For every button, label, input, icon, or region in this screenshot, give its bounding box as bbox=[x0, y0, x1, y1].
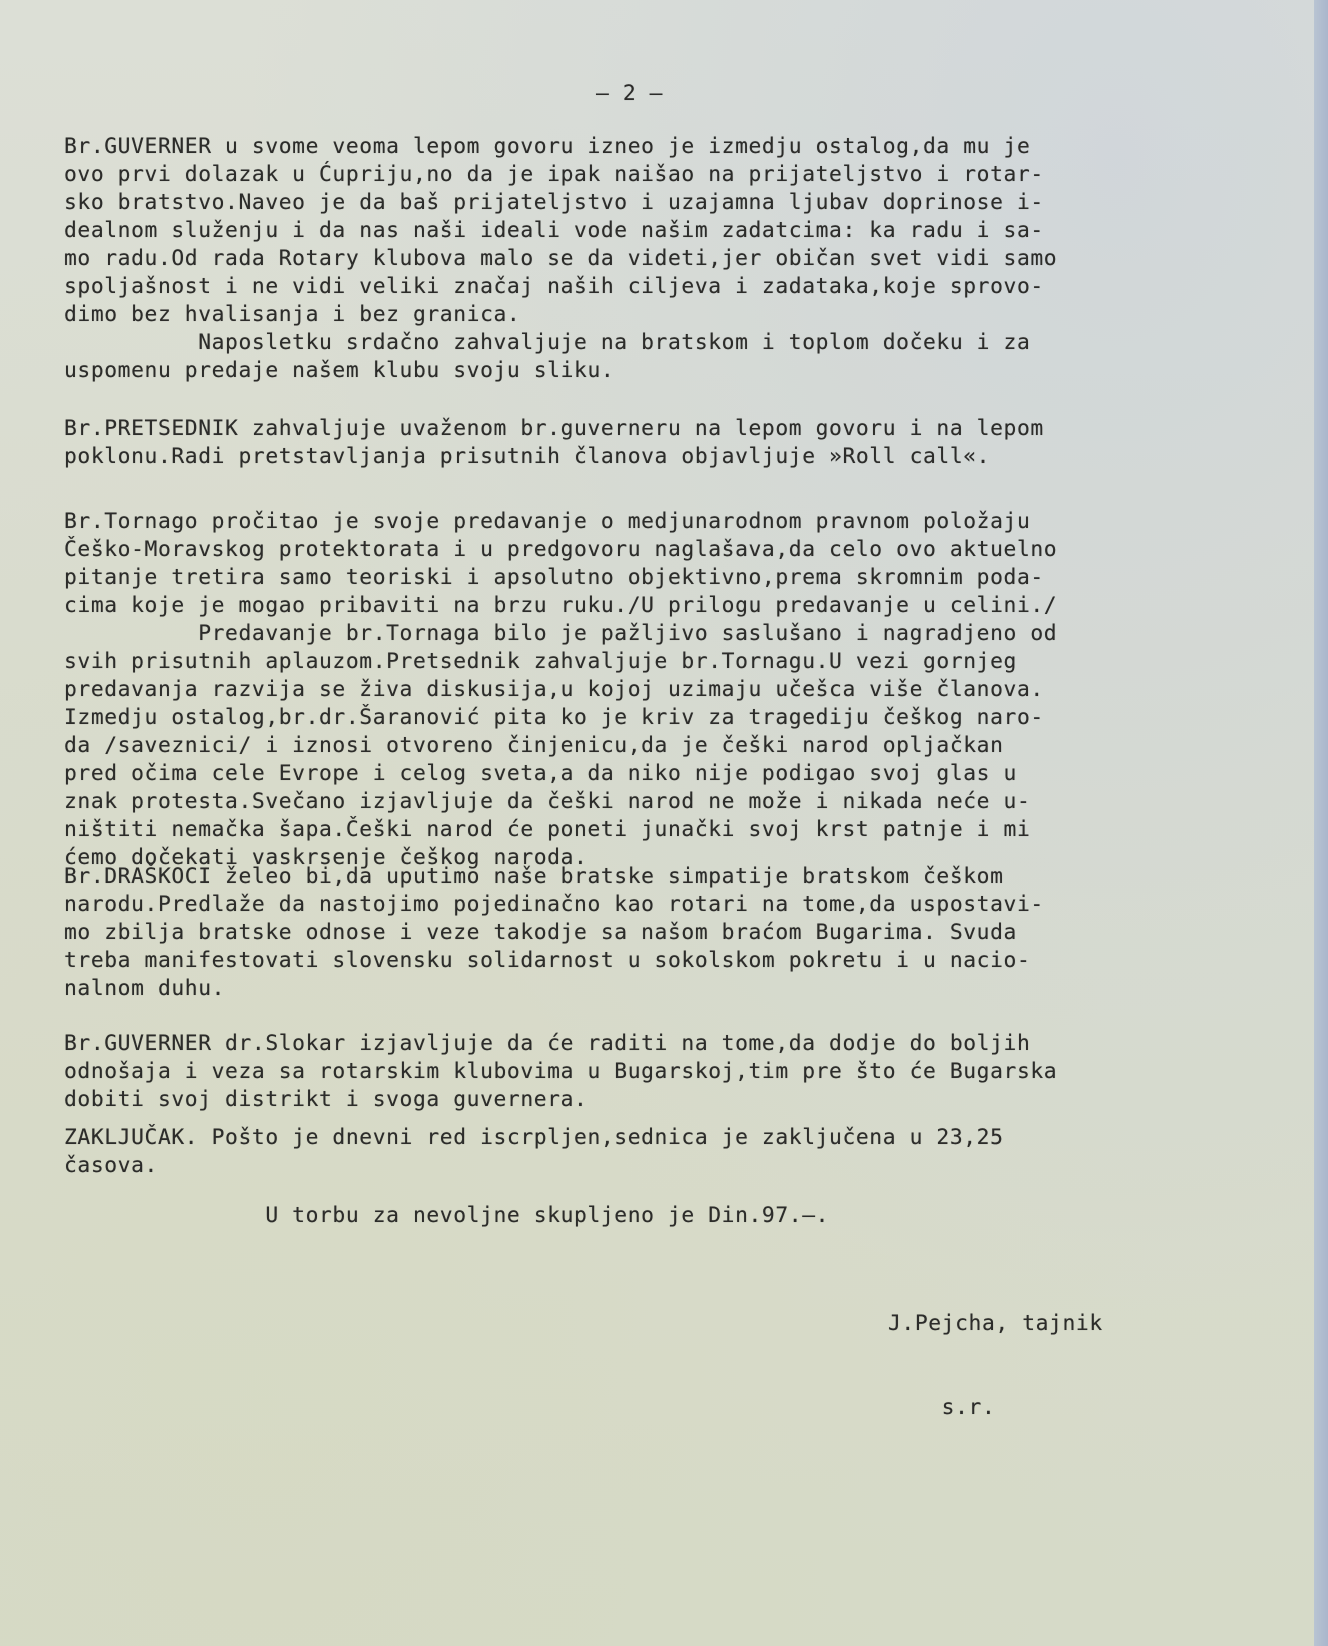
text-line: svih prisutnih aplauzom.Pretsednik zahva… bbox=[64, 648, 1057, 676]
text-line: časova. bbox=[64, 1152, 1004, 1180]
text-line: Češko-Moravskog protektorata i u predgov… bbox=[64, 536, 1057, 564]
text-line: narodu.Predlaže da nastojimo pojedinačno… bbox=[64, 891, 1044, 919]
text-line: ništiti nemačka šapa.Češki narod će pone… bbox=[64, 816, 1057, 844]
signature-name: J.Pejcha, tajnik bbox=[888, 1310, 1103, 1338]
signature-block: J.Pejcha, tajnik s.r. bbox=[888, 1254, 1103, 1478]
text-line: odnošaja i veza sa rotarskim klubovima u… bbox=[64, 1058, 1057, 1086]
text-line: ovo prvi dolazak u Ćupriju,no da je ipak… bbox=[64, 161, 1057, 189]
text-line: predavanja razvija se živa diskusija,u k… bbox=[64, 676, 1057, 704]
paragraph-president-thanks: Br.PRETSEDNIK zahvaljuje uvaženom br.guv… bbox=[64, 415, 1044, 471]
text-line: cima koje je mogao pribaviti na brzu ruk… bbox=[64, 592, 1057, 620]
text-line: sko bratstvo.Naveo je da baš prijateljst… bbox=[64, 189, 1057, 217]
text-line: mo zbilja bratske odnose i veze takodje … bbox=[64, 919, 1044, 947]
text-line: spoljašnost i ne vidi veliki značaj naši… bbox=[64, 273, 1057, 301]
text-line: pitanje tretira samo teoriski i apsolutn… bbox=[64, 564, 1057, 592]
text-line: Naposletku srdačno zahvaljuje na bratsko… bbox=[64, 329, 1057, 357]
document-page: – 2 – Br.GUVERNER u svome veoma lepom go… bbox=[0, 0, 1314, 1646]
paragraph-tornago-lecture: Br.Tornago pročitao je svoje predavanje … bbox=[64, 508, 1057, 872]
paragraph-draskoci-proposal: Br.DRAŠKOCI želeo bi,da uputimo naše bra… bbox=[64, 863, 1044, 1003]
text-line: Br.PRETSEDNIK zahvaljuje uvaženom br.guv… bbox=[64, 415, 1044, 443]
text-line: Br.GUVERNER dr.Slokar izjavljuje da će r… bbox=[64, 1030, 1057, 1058]
text-line: Predavanje br.Tornaga bilo je pažljivo s… bbox=[64, 620, 1057, 648]
collection-note: U torbu za nevoljne skupljeno je Din.97.… bbox=[64, 1202, 829, 1230]
text-line: ZAKLJUČAK. Pošto je dnevni red iscrpljen… bbox=[64, 1124, 1004, 1152]
text-line: mo radu.Od rada Rotary klubova malo se d… bbox=[64, 245, 1057, 273]
paragraph-conclusion: ZAKLJUČAK. Pošto je dnevni red iscrpljen… bbox=[64, 1124, 1004, 1180]
text-line: nalnom duhu. bbox=[64, 975, 1044, 1003]
text-line: Br.Tornago pročitao je svoje predavanje … bbox=[64, 508, 1057, 536]
text-line: poklonu.Radi pretstavljanja prisutnih čl… bbox=[64, 443, 1044, 471]
paragraph-governor-slokar: Br.GUVERNER dr.Slokar izjavljuje da će r… bbox=[64, 1030, 1057, 1114]
text-line: znak protesta.Svečano izjavljuje da češk… bbox=[64, 788, 1057, 816]
signature-suffix: s.r. bbox=[888, 1394, 1103, 1422]
text-line: dobiti svoj distrikt i svoga guvernera. bbox=[64, 1086, 1057, 1114]
text-line: Izmedju ostalog,br.dr.Šaranović pita ko … bbox=[64, 704, 1057, 732]
text-line: Br.DRAŠKOCI želeo bi,da uputimo naše bra… bbox=[64, 863, 1044, 891]
paragraph-governor-speech: Br.GUVERNER u svome veoma lepom govoru i… bbox=[64, 133, 1057, 385]
page-number: – 2 – bbox=[596, 80, 663, 108]
text-line: uspomenu predaje našem klubu svoju sliku… bbox=[64, 357, 1057, 385]
text-line: Br.GUVERNER u svome veoma lepom govoru i… bbox=[64, 133, 1057, 161]
text-line: dimo bez hvalisanja i bez granica. bbox=[64, 301, 1057, 329]
text-line: treba manifestovati slovensku solidarnos… bbox=[64, 947, 1044, 975]
text-line: pred očima cele Evrope i celog sveta,a d… bbox=[64, 760, 1057, 788]
text-line: da /saveznici/ i iznosi otvoreno činjeni… bbox=[64, 732, 1057, 760]
text-line: dealnom služenju i da nas naši ideali vo… bbox=[64, 217, 1057, 245]
paper-edge bbox=[1314, 0, 1328, 1646]
